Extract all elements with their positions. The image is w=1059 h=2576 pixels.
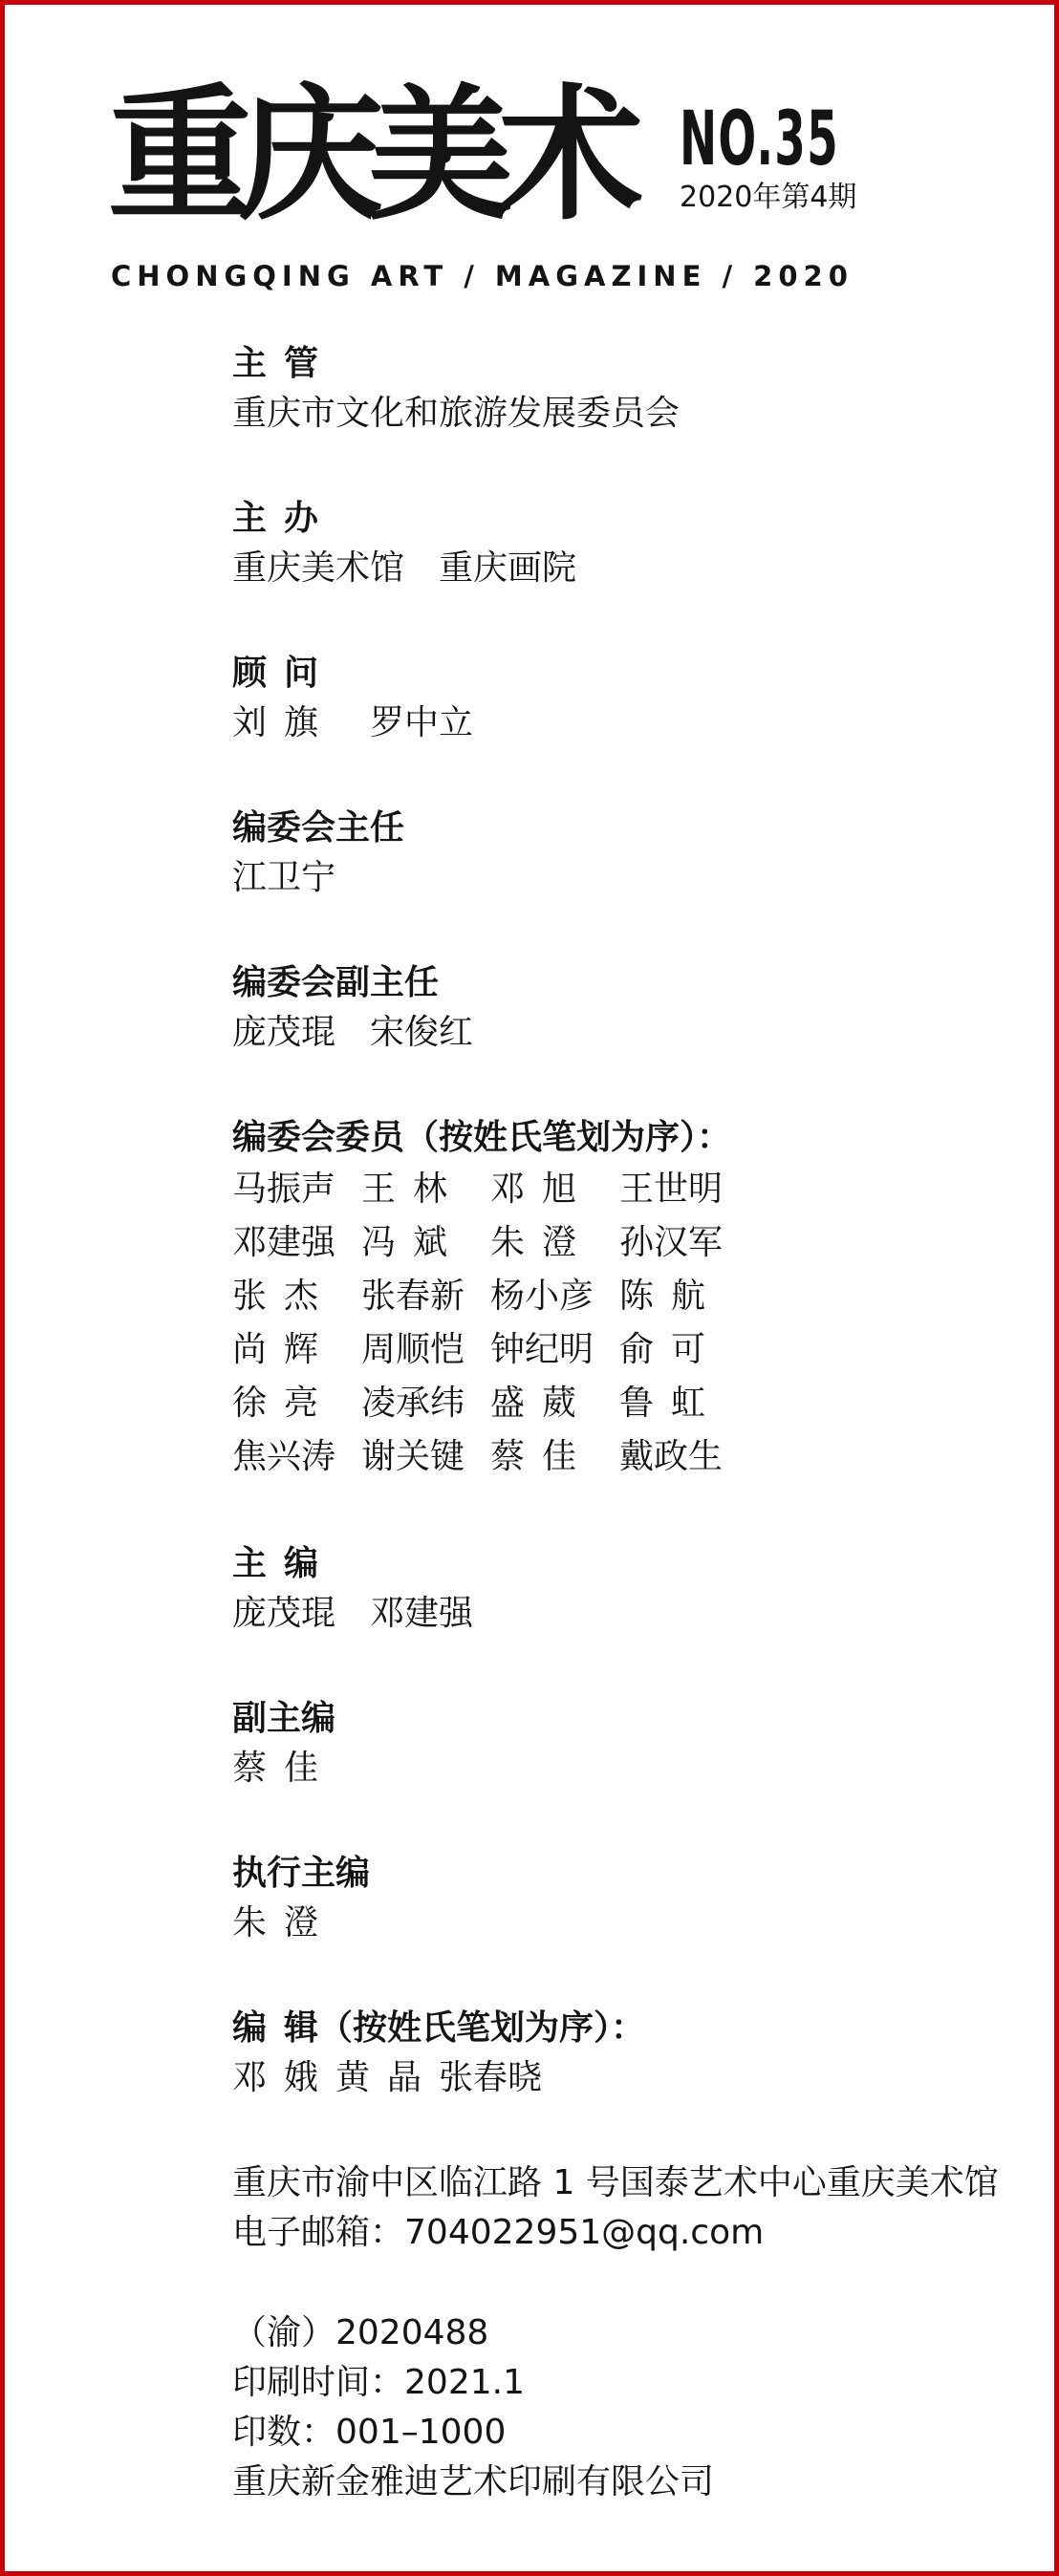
committee-member-name: 周顺恺	[361, 1323, 490, 1377]
masthead-section: 执行主编朱 澄	[232, 1849, 1035, 1948]
issue-number: NO.35	[680, 102, 839, 177]
masthead-tagline: CHONGQING ART / MAGAZINE / 2020	[111, 257, 854, 295]
committee-member-name: 王世明	[619, 1163, 723, 1216]
section-body: 重庆美术馆 重庆画院	[232, 544, 1035, 593]
section-label: 编委会副主任	[232, 958, 1035, 1008]
committee-member-name: 尚 辉	[232, 1323, 361, 1377]
section-body: 蔡 佳	[232, 1744, 1035, 1793]
section-label: 主 编	[232, 1539, 1035, 1589]
colophon-content: 主 管重庆市文化和旅游发展委员会主 办重庆美术馆 重庆画院顾 问刘 旗 罗中立编…	[232, 339, 1035, 2507]
section-label: 顾 问	[232, 649, 1035, 698]
print-run-label: 印数：	[232, 2413, 335, 2452]
committee-member-name: 鲁 虹	[619, 1377, 705, 1430]
section-body: 庞茂琨 宋俊红	[232, 1008, 1035, 1058]
section-body: 重庆市文化和旅游发展委员会	[232, 389, 1035, 439]
section-label: 主 管	[232, 339, 1035, 389]
contact-block: 重庆市渝中区临江路 1 号国泰艺术中心重庆美术馆 电子邮箱：704022951@…	[232, 2158, 1035, 2258]
staff-sections: 主 管重庆市文化和旅游发展委员会主 办重庆美术馆 重庆画院顾 问刘 旗 罗中立编…	[232, 339, 1035, 2103]
committee-row: 张 杰张春新杨小彦陈 航	[232, 1270, 1035, 1323]
magazine-colophon-page: 重庆美术 NO.35 2020年第4期 CHONGQING ART / MAGA…	[0, 0, 1059, 2576]
committee-row: 焦兴涛谢关键蔡 佳戴政生	[232, 1430, 1035, 1484]
printer-name: 重庆新金雅迪艺术印刷有限公司	[232, 2458, 1035, 2507]
committee-member-name: 朱 澄	[490, 1216, 619, 1270]
license-number: （渝）2020488	[232, 2308, 1035, 2358]
committee-row: 尚 辉周顺恺钟纪明俞 可	[232, 1323, 1035, 1377]
committee-member-name: 盛 葳	[490, 1377, 619, 1430]
section-label: 执行主编	[232, 1849, 1035, 1899]
committee-member-name: 谢关键	[361, 1430, 490, 1484]
masthead-section: 副主编蔡 佳	[232, 1694, 1035, 1793]
committee-member-name: 邓建强	[232, 1216, 361, 1270]
committee-member-name: 蔡 佳	[490, 1430, 619, 1484]
committee-member-name: 徐 亮	[232, 1377, 361, 1430]
magazine-title: 重庆美术	[108, 64, 628, 246]
section-label: 编委会主任	[232, 804, 1035, 853]
masthead-section: 编委会副主任庞茂琨 宋俊红	[232, 958, 1035, 1058]
section-body: 庞茂琨 邓建强	[232, 1589, 1035, 1639]
committee-row: 邓建强冯 斌朱 澄孙汉军	[232, 1216, 1035, 1270]
committee-member-name: 俞 可	[619, 1323, 705, 1377]
email-label: 电子邮箱：	[232, 2213, 404, 2252]
committee-member-name: 戴政生	[619, 1430, 723, 1484]
masthead-section: 顾 问刘 旗 罗中立	[232, 649, 1035, 748]
print-run-value: 001–1000	[335, 2413, 506, 2452]
address-line: 重庆市渝中区临江路 1 号国泰艺术中心重庆美术馆	[232, 2158, 1035, 2208]
committee-row: 马振声王 林邓 旭王世明	[232, 1163, 1035, 1216]
issue-date: 2020年第4期	[680, 182, 856, 213]
masthead-section: 主 管重庆市文化和旅游发展委员会	[232, 339, 1035, 439]
section-body: 朱 澄	[232, 1899, 1035, 1948]
section-label: 主 办	[232, 494, 1035, 544]
masthead-section: 主 编庞茂琨 邓建强	[232, 1539, 1035, 1639]
committee-member-name: 钟纪明	[490, 1323, 619, 1377]
section-body: 江卫宁	[232, 853, 1035, 903]
masthead-section: 主 办重庆美术馆 重庆画院	[232, 494, 1035, 593]
committee-member-name: 马振声	[232, 1163, 361, 1216]
committee-member-name: 焦兴涛	[232, 1430, 361, 1484]
committee-member-name: 陈 航	[619, 1270, 705, 1323]
committee-member-name: 杨小彦	[490, 1270, 619, 1323]
section-body: 邓 娥 黄 晶 张春晓	[232, 2053, 1035, 2103]
committee-member-name: 张 杰	[232, 1270, 361, 1323]
masthead-section: 编 辑（按姓氏笔划为序）：邓 娥 黄 晶 张春晓	[232, 2004, 1035, 2103]
section-label: 副主编	[232, 1694, 1035, 1744]
masthead-section: 编委会主任江卫宁	[232, 804, 1035, 903]
section-label: 编委会委员（按姓氏笔划为序）：	[232, 1113, 1035, 1163]
imprint-block: （渝）2020488 印刷时间：2021.1 印数：001–1000 重庆新金雅…	[232, 2308, 1035, 2507]
committee-member-name: 邓 旭	[490, 1163, 619, 1216]
committee-member-name: 凌承纬	[361, 1377, 490, 1430]
section-label: 编 辑（按姓氏笔划为序）：	[232, 2004, 1035, 2053]
masthead-section: 编委会委员（按姓氏笔划为序）：马振声王 林邓 旭王世明邓建强冯 斌朱 澄孙汉军张…	[232, 1113, 1035, 1484]
print-run-line: 印数：001–1000	[232, 2408, 1035, 2458]
committee-row: 徐 亮凌承纬盛 葳鲁 虹	[232, 1377, 1035, 1430]
section-body: 刘 旗 罗中立	[232, 698, 1035, 748]
print-date-label: 印刷时间：	[232, 2363, 404, 2402]
committee-member-name: 孙汉军	[619, 1216, 723, 1270]
print-date-line: 印刷时间：2021.1	[232, 2358, 1035, 2408]
committee-member-name: 王 林	[361, 1163, 490, 1216]
committee-member-name: 冯 斌	[361, 1216, 490, 1270]
email-line: 电子邮箱：704022951@qq.com	[232, 2208, 1035, 2258]
print-date-value: 2021.1	[404, 2363, 525, 2402]
email-value: 704022951@qq.com	[404, 2213, 764, 2252]
committee-member-name: 张春新	[361, 1270, 490, 1323]
